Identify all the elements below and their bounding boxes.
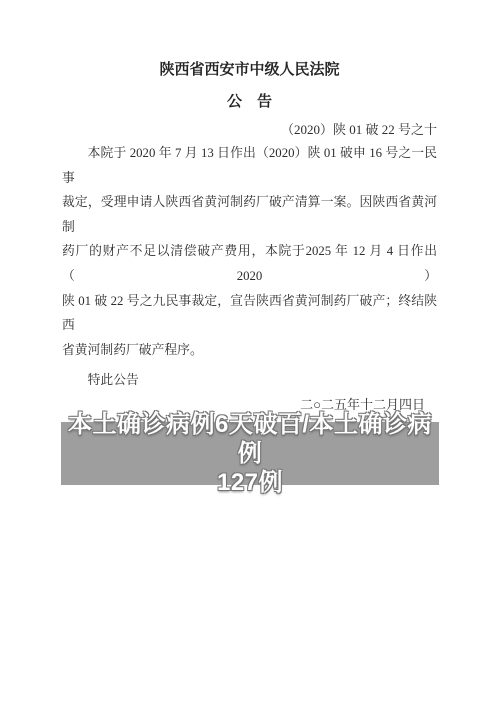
announcement-title: 公 告 bbox=[62, 92, 437, 112]
headline-text-line1: 本土确诊病例6天破百/本土确诊病例 bbox=[61, 410, 439, 468]
body-line: 省黄河制药厂破产程序。 bbox=[62, 338, 437, 363]
body-line: 裁定，受理申请人陕西省黄河制药厂破产清算一案。因陕西省黄河制 bbox=[62, 190, 437, 239]
page: 陕西省西安市中级人民法院 公 告 （2020）陕 01 破 22 号之十 本院于… bbox=[0, 0, 500, 706]
closing-statement: 特此公告 bbox=[62, 371, 437, 389]
announcement-body: 本院于 2020 年 7 月 13 日作出（2020）陕 01 破申 16 号之… bbox=[62, 141, 437, 362]
court-announcement-document: 陕西省西安市中级人民法院 公 告 （2020）陕 01 破 22 号之十 本院于… bbox=[0, 0, 500, 414]
court-name: 陕西省西安市中级人民法院 bbox=[62, 60, 437, 80]
case-number: （2020）陕 01 破 22 号之十 bbox=[62, 121, 437, 138]
body-line: 陕 01 破 22 号之九民事裁定，宣告陕西省黄河制药厂破产；终结陕西 bbox=[62, 289, 437, 338]
body-line: 药厂的财产不足以清偿破产费用，本院于2025 年 12 月 4 日作出（2020… bbox=[62, 239, 437, 288]
headline-banner: 本土确诊病例6天破百/本土确诊病例 127例 bbox=[61, 422, 439, 485]
body-line: 本院于 2020 年 7 月 13 日作出（2020）陕 01 破申 16 号之… bbox=[62, 141, 437, 190]
headline-text-line2: 127例 bbox=[217, 468, 283, 497]
